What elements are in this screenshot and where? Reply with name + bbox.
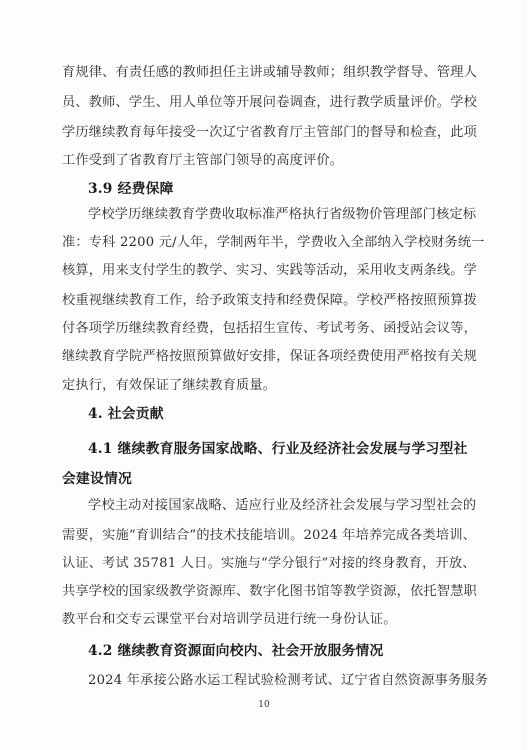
body-line: 育规律、有责任感的教师担任主讲或辅导教师；组织教学督导、管理人 [62, 64, 466, 82]
body-line: 定执行，有效保证了继续教育质量。 [62, 377, 466, 395]
body-line: 教平台和交专云课堂平台对培训学员进行统一身份认证。 [62, 611, 466, 629]
page-edge [523, 0, 524, 750]
body-line: 共享学校的国家级教学资源库、数字化图书馆等教学资源，依托智慧职 [62, 583, 466, 601]
body-line: 工作受到了省教育厅主管部门领导的高度评价。 [62, 152, 466, 170]
body-line: 校重视继续教育工作，给予政策支持和经费保障。学校严格按照预算拨 [62, 292, 466, 310]
body-line: 学校主动对接国家战略、适应行业及经济社会发展与学习型社会的 [88, 497, 466, 515]
page-number: 10 [0, 700, 528, 710]
body-line: 员、教师、学生、用人单位等开展问卷调查，进行教学质量评价。学校 [62, 94, 466, 112]
document-page: 育规律、有责任感的教师担任主讲或辅导教师；组织教学督导、管理人 员、教师、学生、… [0, 0, 528, 750]
body-line: 需要，实施“育训结合”的技术技能培训。2024 年培养完成各类培训、 [62, 527, 466, 545]
section-heading-3-9: 3.9 经费保障 [88, 180, 466, 198]
body-line: 学历继续教育每年接受一次辽宁省教育厅主管部门的督导和检查，此项 [62, 124, 466, 142]
body-line: 核算，用来支付学生的教学、实习、实践等活动，采用收支两条线。学 [62, 262, 466, 280]
body-line: 2024 年承接公路水运工程试验检测考试、辽宁省自然资源事务服务 [88, 672, 466, 690]
body-line: 继续教育学院严格按照预算做好安排，保证各项经费使用严格按有关规 [62, 348, 466, 366]
section-heading-4: 4. 社会贡献 [88, 405, 466, 423]
section-heading-4-1: 4.1 继续教育服务国家战略、行业及经济社会发展与学习型社 [88, 440, 466, 458]
body-line: 认证、考试 35781 人日。实施与“学分银行”对接的终身教育，开放、 [62, 555, 466, 573]
body-line: 学校学历继续教育学费收取标准严格执行省级物价管理部门核定标 [88, 206, 466, 224]
section-heading-4-2: 4.2 继续教育资源面向校内、社会开放服务情况 [88, 642, 466, 660]
section-heading-4-1-cont: 会建设情况 [62, 470, 466, 488]
body-line: 付各项学历继续教育经费，包括招生宣传、考试考务、函授站会议等， [62, 320, 466, 338]
body-line: 准：专科 2200 元/人年，学制两年半，学费收入全部纳入学校财务统一 [62, 234, 466, 252]
